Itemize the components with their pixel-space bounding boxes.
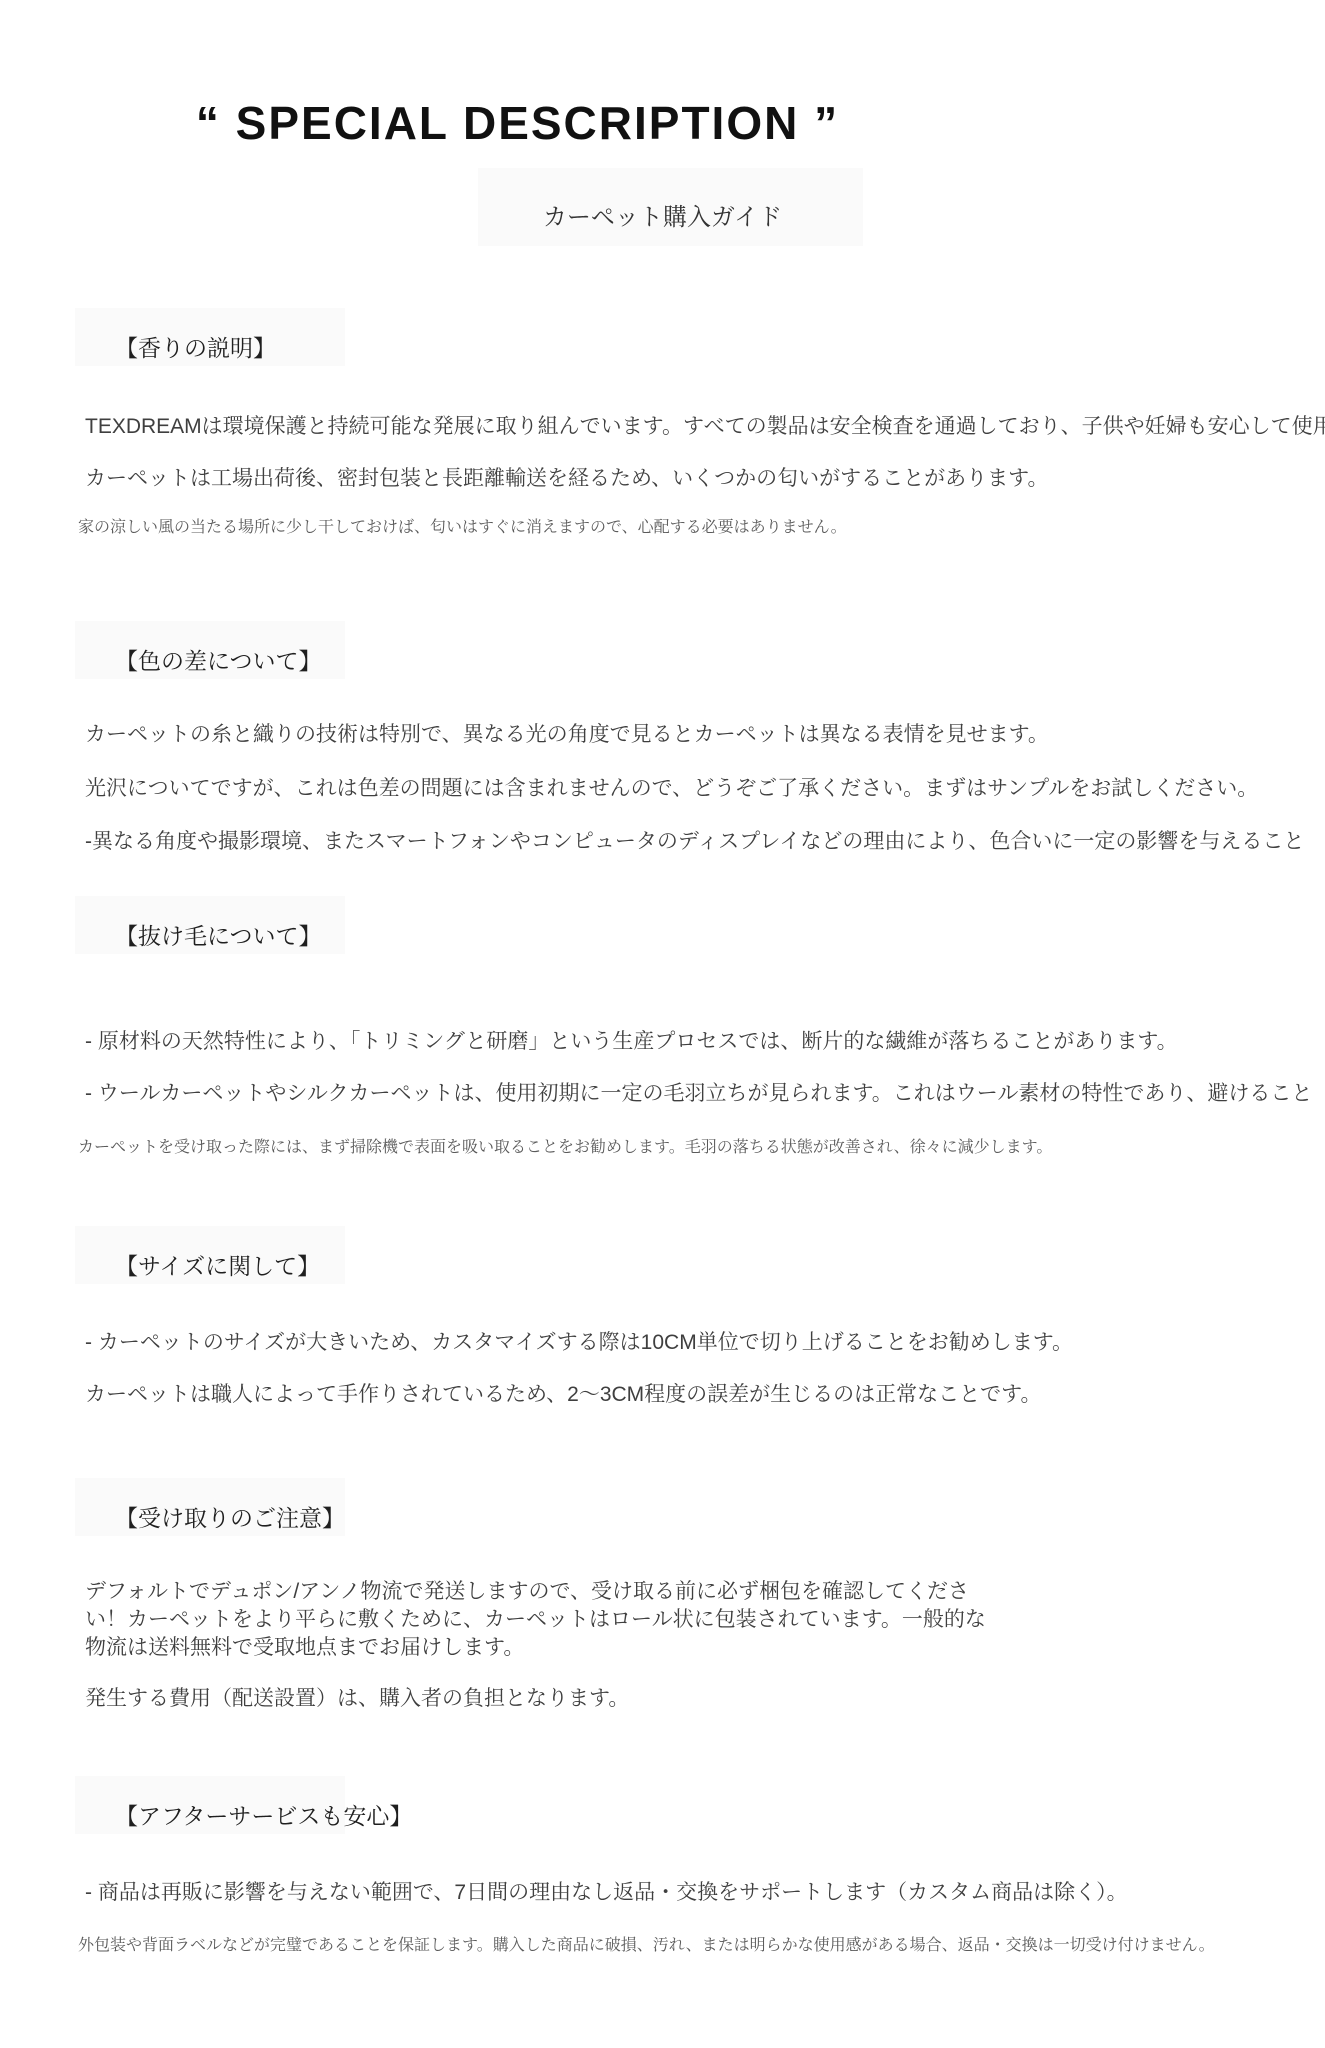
paragraph-line: - カーペットのサイズが大きいため、カスタマイズする際は10CM単位で切り上げる… <box>85 1326 1073 1356</box>
paragraph-line: TEXDREAMは環境保護と持続可能な発展に取り組んでいます。すべての製品は安全… <box>85 410 1325 440</box>
paragraph-line: 物流は送料無料で受取地点までお届けします。 <box>85 1631 524 1661</box>
section-heading-after-service: 【アフターサービスも安心】 <box>115 1798 412 1831</box>
paragraph-line: - ウールカーペットやシルクカーペットは、使用初期に一定の毛羽立ちが見られます。… <box>85 1077 1312 1107</box>
paragraph-line: 発生する費用（配送設置）は、購入者の負担となります。 <box>85 1682 629 1712</box>
paragraph-line: -異なる角度や撮影環境、またスマートフォンやコンピュータのディスプレイなどの理由… <box>85 825 1304 855</box>
section-heading-scent: 【香りの説明】 <box>115 330 276 363</box>
paragraph-line: デフォルトでデュポン/アンノ物流で発送しますので、受け取る前に必ず梱包を確認して… <box>85 1575 969 1605</box>
paragraph-line: カーペットは工場出荷後、密封包装と長距離輸送を経るため、いくつかの匂いがすること… <box>85 462 1048 492</box>
section-heading-size: 【サイズに関して】 <box>115 1248 320 1281</box>
page-title: “ SPECIAL DESCRIPTION ” <box>0 96 1035 150</box>
section-heading-color-difference: 【色の差について】 <box>115 643 322 676</box>
paragraph-line: 光沢についてですが、これは色差の問題には含まれませんので、どうぞご了承ください。… <box>85 772 1258 802</box>
product-description-page: “ SPECIAL DESCRIPTION ” カーペット購入ガイド 【香りの説… <box>0 0 1325 2048</box>
paragraph-line: カーペットは職人によって手作りされているため、2〜3CM程度の誤差が生じるのは正… <box>85 1378 1042 1408</box>
section-heading-shedding: 【抜け毛について】 <box>115 918 322 951</box>
page-subtitle: カーペット購入ガイド <box>0 197 1325 232</box>
note-line: 外包装や背面ラベルなどが完璧であることを保証します。購入した商品に破損、汚れ、ま… <box>78 1932 1215 1955</box>
paragraph-line: - 原材料の天然特性により、「トリミングと研磨」という生産プロセスでは、断片的な… <box>85 1025 1178 1055</box>
paragraph-line: カーペットの糸と織りの技術は特別で、異なる光の角度で見るとカーペットは異なる表情… <box>85 718 1049 748</box>
paragraph-line: - 商品は再販に影響を与えない範囲で、7日間の理由なし返品・交換をサポートします… <box>85 1876 1128 1906</box>
note-line: 家の涼しい風の当たる場所に少し干しておけば、匂いはすぐに消えますので、心配する必… <box>78 514 847 537</box>
paragraph-line: い！カーペットをより平らに敷くために、カーペットはロール状に包装されています。一… <box>85 1603 986 1633</box>
section-heading-delivery: 【受け取りのご注意】 <box>115 1500 345 1533</box>
note-line: カーペットを受け取った際には、まず掃除機で表面を吸い取ることをお勧めします。毛羽… <box>78 1134 1052 1157</box>
